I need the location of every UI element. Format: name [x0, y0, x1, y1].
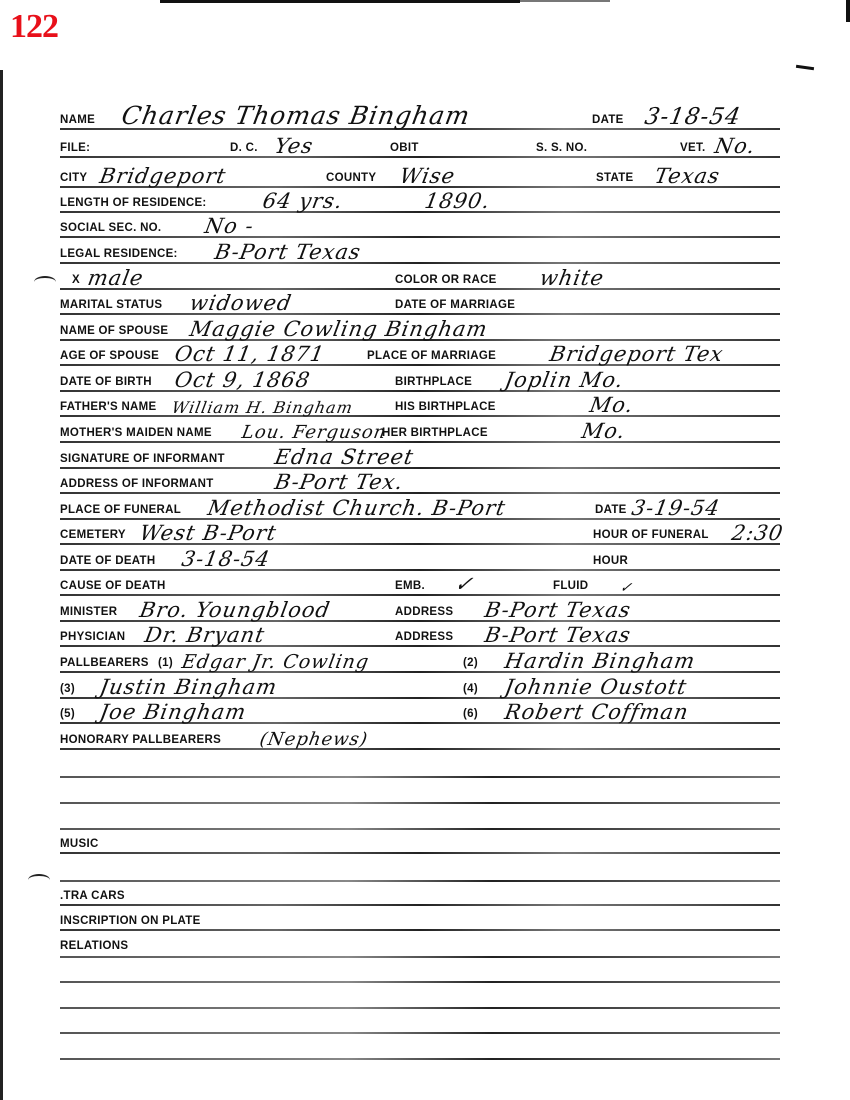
rule: [60, 390, 780, 392]
row-file: FILE: D. C. Yes OBIT S. S. NO. VET. No.: [60, 134, 780, 158]
sex-label: X: [72, 274, 80, 287]
physician-label: PHYSICIAN: [60, 631, 125, 644]
his-birthplace-label: HIS BIRTHPLACE: [395, 401, 496, 414]
row-name-of-spouse: NAME OF SPOUSE Maggie Cowling Bingham: [60, 317, 780, 341]
place-of-funeral-value[interactable]: Methodist Church. B-Port: [206, 496, 508, 520]
rule: [60, 929, 780, 931]
rule: [60, 262, 780, 264]
row-relations: RELATIONS: [60, 932, 780, 956]
row-date-of-death: DATE OF DEATH 3-18-54 HOUR: [60, 547, 780, 571]
pallbearer-name[interactable]: Joe Bingham: [98, 700, 248, 724]
rule: [60, 313, 780, 315]
pallbearer-num: (2): [463, 657, 478, 670]
row-marital-status: MARITAL STATUS widowed DATE OF MARRIAGE: [60, 291, 780, 315]
date-label: DATE: [592, 114, 624, 127]
hour-of-funeral-label: HOUR OF FUNERAL: [593, 529, 709, 542]
hour-of-funeral-value[interactable]: 2:30: [730, 521, 785, 545]
marital-status-label: MARITAL STATUS: [60, 299, 162, 312]
mothers-maiden-name-label: MOTHER'S MAIDEN NAME: [60, 427, 212, 440]
emb-check-icon[interactable]: ✓: [453, 572, 476, 596]
rule: [60, 748, 780, 750]
minister-value[interactable]: Bro. Youngblood: [138, 598, 332, 622]
social-sec-no-value[interactable]: No -: [203, 214, 256, 238]
his-birthplace-value[interactable]: Mo.: [588, 393, 636, 417]
pallbearer-num: (5): [60, 708, 75, 721]
pallbearer-name[interactable]: Johnnie Oustott: [503, 675, 689, 699]
place-of-marriage-label: PLACE OF MARRIAGE: [367, 350, 496, 363]
row-signature-of-informant: SIGNATURE OF INFORMANT Edna Street: [60, 445, 780, 469]
minister-address-label: ADDRESS: [395, 606, 453, 619]
row-pallbearers-3: (5) Joe Bingham (6) Robert Coffman: [60, 700, 780, 724]
city-value[interactable]: Bridgeport: [98, 164, 228, 188]
page-number: 122: [10, 8, 58, 46]
cemetery-value[interactable]: West B-Port: [138, 521, 279, 545]
relations-label: RELATIONS: [60, 940, 128, 953]
name-value[interactable]: Charles Thomas Bingham: [119, 101, 472, 130]
marital-status-value[interactable]: widowed: [188, 291, 294, 315]
blank-rule: [60, 1032, 780, 1034]
physician-value[interactable]: Dr. Bryant: [143, 623, 267, 647]
minister-address-value[interactable]: B-Port Texas: [483, 598, 633, 622]
row-physician: PHYSICIAN Dr. Bryant ADDRESS B-Port Texa…: [60, 623, 780, 647]
address-of-informant-label: ADDRESS OF INFORMANT: [60, 478, 214, 491]
pallbearer-num: (1): [158, 657, 173, 670]
legal-residence-label: LEGAL RESIDENCE:: [60, 248, 178, 261]
scan-curl-mark: [28, 874, 50, 886]
extra-cars-label: .TRA CARS: [60, 890, 125, 903]
obit-label: OBIT: [390, 142, 419, 155]
rule: [60, 211, 780, 213]
state-value[interactable]: Texas: [653, 164, 722, 188]
birthplace-value[interactable]: Joplin Mo.: [503, 368, 626, 392]
row-cause-of-death: CAUSE OF DEATH EMB. ✓ FLUID ✓: [60, 572, 780, 596]
honorary-pallbearers-label: HONORARY PALLBEARERS: [60, 734, 221, 747]
hour-label: HOUR: [593, 555, 628, 568]
fathers-name-value[interactable]: William H. Bingham: [170, 398, 354, 417]
rule: [60, 594, 780, 596]
pallbearers-label: PALLBEARERS: [60, 657, 149, 670]
sex-value[interactable]: male: [86, 266, 146, 290]
row-address-of-informant: ADDRESS OF INFORMANT B-Port Tex.: [60, 470, 780, 494]
rule: [60, 415, 780, 417]
date-value[interactable]: 3-18-54: [643, 104, 743, 130]
length-of-residence-value[interactable]: 64 yrs.: [261, 189, 345, 213]
scan-edge-left: [0, 70, 3, 1100]
row-pallbearers-2: (3) Justin Bingham (4) Johnnie Oustott: [60, 675, 780, 699]
rule: [60, 904, 780, 906]
row-sex: X male COLOR OR RACE white: [60, 266, 780, 290]
name-label: NAME: [60, 114, 95, 127]
ss-no-label: S. S. NO.: [536, 142, 587, 155]
cemetery-label: CEMETERY: [60, 529, 126, 542]
row-length-of-residence: LENGTH OF RESIDENCE: 64 yrs. 1890.: [60, 189, 780, 213]
row-mothers-maiden-name: MOTHER'S MAIDEN NAME Lou. Ferguson HER B…: [60, 419, 780, 443]
her-birthplace-label: HER BIRTHPLACE: [382, 427, 488, 440]
legal-residence-value[interactable]: B-Port Texas: [213, 240, 363, 264]
date-of-death-label: DATE OF DEATH: [60, 555, 155, 568]
physician-address-label: ADDRESS: [395, 631, 453, 644]
name-of-spouse-label: NAME OF SPOUSE: [60, 325, 168, 338]
place-of-funeral-label: PLACE OF FUNERAL: [60, 504, 181, 517]
row-inscription-on-plate: INSCRIPTION ON PLATE: [60, 907, 780, 931]
blank-rule: [60, 776, 780, 778]
inscription-on-plate-label: INSCRIPTION ON PLATE: [60, 915, 201, 928]
minister-label: MINISTER: [60, 606, 117, 619]
pallbearer-name[interactable]: Robert Coffman: [503, 700, 691, 724]
scan-mark: [796, 65, 814, 70]
birthplace-label: BIRTHPLACE: [395, 376, 472, 389]
pallbearer-name[interactable]: Justin Bingham: [98, 675, 279, 699]
blank-rule: [60, 956, 780, 958]
place-of-marriage-value[interactable]: Bridgeport Tex: [548, 342, 726, 366]
rule: [60, 441, 780, 443]
length-of-residence-label: LENGTH OF RESIDENCE:: [60, 197, 207, 210]
row-place-of-funeral: PLACE OF FUNERAL Methodist Church. B-Por…: [60, 496, 780, 520]
color-or-race-label: COLOR OR RACE: [395, 274, 497, 287]
scan-edge-top-2: [520, 0, 610, 2]
blank-rule: [60, 1007, 780, 1009]
pallbearer-name[interactable]: Hardin Bingham: [503, 649, 698, 673]
honorary-pallbearers-value[interactable]: (Nephews): [258, 729, 370, 750]
vet-label: VET.: [680, 142, 706, 155]
city-label: CITY: [60, 172, 87, 185]
pallbearer-num: (3): [60, 683, 75, 696]
row-city: CITY Bridgeport COUNTY Wise STATE Texas: [60, 164, 780, 188]
scan-curl-mark: [34, 276, 56, 288]
age-of-spouse-label: AGE OF SPOUSE: [60, 350, 159, 363]
her-birthplace-value[interactable]: Mo.: [580, 419, 628, 443]
address-of-informant-value[interactable]: B-Port Tex.: [273, 470, 406, 494]
rule: [60, 467, 780, 469]
social-sec-no-label: SOCIAL SEC. NO.: [60, 222, 161, 235]
row-age-of-spouse: AGE OF SPOUSE Oct 11, 1871 PLACE OF MARR…: [60, 342, 780, 366]
music-label: MUSIC: [60, 838, 99, 851]
funeral-date-value[interactable]: 3-19-54: [630, 496, 722, 520]
state-label: STATE: [596, 172, 634, 185]
row-pallbearers-1: PALLBEARERS (1) Edgar Jr. Cowling (2) Ha…: [60, 649, 780, 673]
age-of-spouse-value[interactable]: Oct 11, 1871: [173, 342, 327, 366]
emb-label: EMB.: [395, 580, 425, 593]
fluid-label: FLUID: [553, 580, 588, 593]
date-of-marriage-label: DATE OF MARRIAGE: [395, 299, 515, 312]
row-date-of-birth: DATE OF BIRTH Oct 9, 1868 BIRTHPLACE Jop…: [60, 368, 780, 392]
county-label: COUNTY: [326, 172, 376, 185]
rule: [60, 569, 780, 571]
dc-label: D. C.: [230, 142, 258, 155]
row-honorary-pallbearers: HONORARY PALLBEARERS (Nephews): [60, 726, 780, 750]
row-cemetery: CEMETERY West B-Port HOUR OF FUNERAL 2:3…: [60, 521, 780, 545]
pallbearer-num: (6): [463, 708, 478, 721]
cause-of-death-label: CAUSE OF DEATH: [60, 580, 166, 593]
scan-edge-right: [846, 0, 850, 22]
residence-since-value[interactable]: 1890.: [423, 189, 492, 213]
date-of-birth-label: DATE OF BIRTH: [60, 376, 152, 389]
fathers-name-label: FATHER'S NAME: [60, 401, 157, 414]
row-name: NAME Charles Thomas Bingham DATE 3-18-54: [60, 106, 780, 130]
row-minister: MINISTER Bro. Youngblood ADDRESS B-Port …: [60, 598, 780, 622]
row-extra-cars: .TRA CARS: [60, 882, 780, 906]
row-music: MUSIC: [60, 830, 780, 854]
funeral-date-label: DATE: [595, 504, 627, 517]
file-label: FILE:: [60, 142, 90, 155]
rule: [60, 492, 780, 494]
color-or-race-value[interactable]: white: [538, 266, 606, 290]
physician-address-value[interactable]: B-Port Texas: [483, 623, 633, 647]
blank-rule: [60, 981, 780, 983]
vet-value[interactable]: No.: [713, 134, 758, 158]
row-social-sec-no: SOCIAL SEC. NO. No -: [60, 214, 780, 238]
rule: [60, 852, 780, 854]
rule: [60, 236, 780, 238]
scan-edge-top: [160, 0, 520, 3]
pallbearer-num: (4): [463, 683, 478, 696]
rule: [60, 288, 780, 290]
blank-rule: [60, 1058, 780, 1060]
mothers-maiden-name-value[interactable]: Lou. Ferguson: [240, 422, 388, 443]
date-of-death-value[interactable]: 3-18-54: [180, 547, 272, 571]
blank-rule: [60, 802, 780, 804]
signature-of-informant-value[interactable]: Edna Street: [273, 445, 416, 469]
signature-of-informant-label: SIGNATURE OF INFORMANT: [60, 453, 225, 466]
dc-value[interactable]: Yes: [273, 134, 315, 158]
row-fathers-name: FATHER'S NAME William H. Bingham HIS BIR…: [60, 393, 780, 417]
county-value[interactable]: Wise: [398, 164, 457, 188]
rule: [60, 156, 780, 158]
row-legal-residence: LEGAL RESIDENCE: B-Port Texas: [60, 240, 780, 264]
name-of-spouse-value[interactable]: Maggie Cowling Bingham: [188, 317, 490, 341]
date-of-birth-value[interactable]: Oct 9, 1868: [173, 368, 312, 392]
pallbearer-name[interactable]: Edgar Jr. Cowling: [180, 651, 371, 673]
